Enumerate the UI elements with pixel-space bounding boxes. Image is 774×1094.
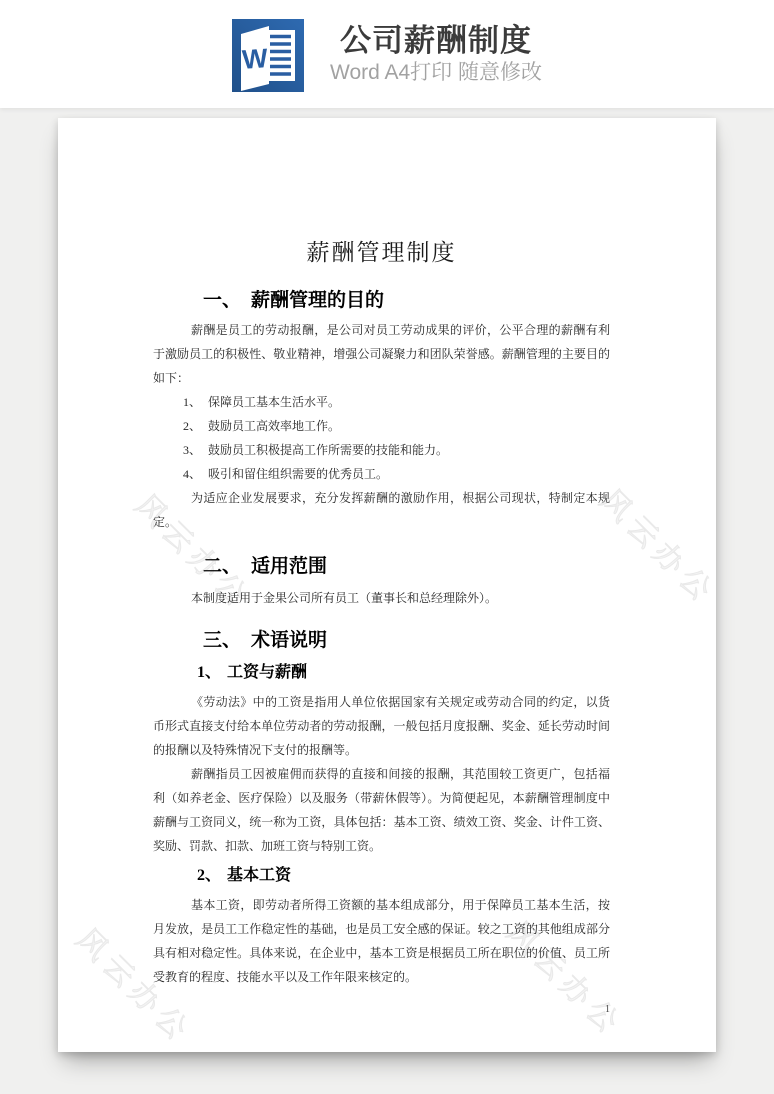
subsection-number: 1、	[197, 664, 221, 681]
document-title: 薪酬管理制度	[153, 238, 610, 268]
section-heading-text: 适用范围	[251, 556, 327, 577]
list-item-number: 4、	[183, 462, 208, 486]
list-item: 1、保障员工基本生活水平。	[153, 390, 610, 414]
list-item: 3、鼓励员工积极提高工作所需要的技能和能力。	[153, 438, 610, 462]
paragraph: 为适应企业发展要求，充分发挥薪酬的激励作用，根据公司现状，特制定本规定。	[153, 486, 610, 534]
header-banner: W 公司薪酬制度 Word A4打印 随意修改	[0, 0, 774, 108]
list-item: 2、鼓励员工高效率地工作。	[153, 414, 610, 438]
paragraph: 薪酬指员工因被雇佣而获得的直接和间接的报酬，其范围较工资更广，包括福利（如养老金…	[153, 762, 610, 858]
section-number: 二、	[203, 556, 241, 577]
word-icon: W	[232, 19, 304, 92]
header-inner: W 公司薪酬制度 Word A4打印 随意修改	[232, 17, 542, 92]
subsection-heading-2: 2、基本工资	[197, 865, 610, 887]
subsection-heading-text: 基本工资	[227, 867, 291, 884]
subsection-heading-text: 工资与薪酬	[227, 664, 307, 681]
section-heading-3: 三、术语说明	[203, 628, 610, 654]
page-number: 1	[153, 1003, 610, 1017]
section-heading-text: 薪酬管理的目的	[251, 290, 384, 311]
svg-text:W: W	[241, 43, 269, 75]
list-item: 4、吸引和留住组织需要的优秀员工。	[153, 462, 610, 486]
paragraph: 基本工资，即劳动者所得工资额的基本组成部分，用于保障员工基本生活，按月发放，是员…	[153, 893, 610, 989]
header-text: 公司薪酬制度 Word A4打印 随意修改	[330, 22, 542, 86]
list-item-number: 3、	[183, 438, 208, 462]
list-item-text: 吸引和留住组织需要的优秀员工。	[208, 467, 388, 481]
document-page: 风云办公 风云办公 风云办公 风云办公 薪酬管理制度 一、薪酬管理的目的 薪酬是…	[58, 118, 716, 1052]
list-item-text: 鼓励员工积极提高工作所需要的技能和能力。	[208, 443, 448, 457]
section-heading-text: 术语说明	[251, 630, 327, 651]
section-heading-1: 一、薪酬管理的目的	[203, 288, 610, 314]
template-title: 公司薪酬制度	[330, 22, 542, 59]
paragraph: 本制度适用于金果公司所有员工（董事长和总经理除外）。	[153, 586, 610, 610]
list-item-number: 1、	[183, 390, 208, 414]
section-number: 三、	[203, 630, 241, 651]
list-item-text: 保障员工基本生活水平。	[208, 395, 340, 409]
paragraph: 《劳动法》中的工资是指用人单位依据国家有关规定或劳动合同的约定，以货币形式直接支…	[153, 690, 610, 762]
subsection-heading-1: 1、工资与薪酬	[197, 662, 610, 684]
subsection-number: 2、	[197, 867, 221, 884]
list-item-number: 2、	[183, 414, 208, 438]
template-subtitle: Word A4打印 随意修改	[330, 60, 542, 86]
section-heading-2: 二、适用范围	[203, 554, 610, 580]
document-content: 薪酬管理制度 一、薪酬管理的目的 薪酬是员工的劳动报酬，是公司对员工劳动成果的评…	[58, 118, 716, 1052]
objectives-list: 1、保障员工基本生活水平。 2、鼓励员工高效率地工作。 3、鼓励员工积极提高工作…	[153, 390, 610, 486]
preview-canvas: 风云办公 风云办公 风云办公 风云办公 薪酬管理制度 一、薪酬管理的目的 薪酬是…	[0, 108, 774, 1084]
paragraph: 薪酬是员工的劳动报酬，是公司对员工劳动成果的评价，公平合理的薪酬有利于激励员工的…	[153, 318, 610, 390]
section-number: 一、	[203, 290, 241, 311]
list-item-text: 鼓励员工高效率地工作。	[208, 419, 340, 433]
